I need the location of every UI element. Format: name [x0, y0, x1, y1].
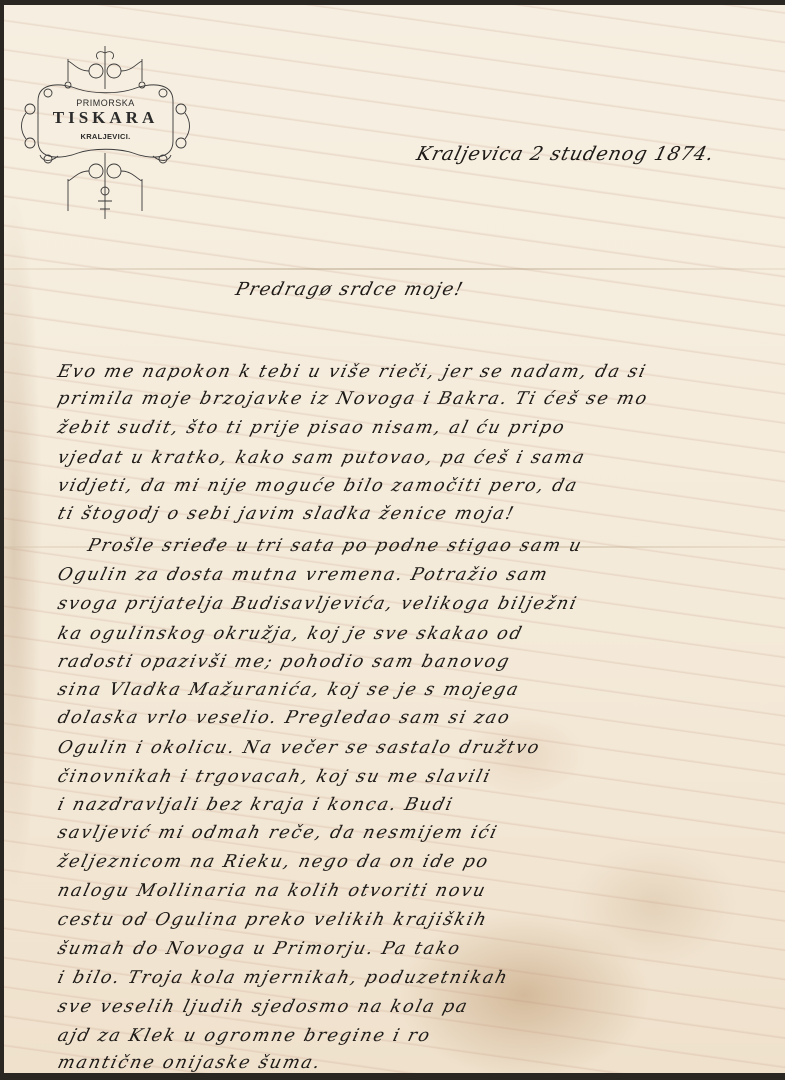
letter-line: Ogulin i okolicu. Na večer se sastalo dr… [56, 738, 543, 758]
letterhead-line3: KRALJEVICI. [18, 132, 193, 141]
letter-line: savljević mi odmah reče, da nesmijem ići [56, 823, 501, 843]
letter-line: primila moje brzojavke iz Novoga i Bakra… [56, 389, 651, 409]
letter-line: vidjeti, da mi nije moguće bilo zamočiti… [56, 476, 581, 496]
letter-line: mantične onijaske šuma. [56, 1053, 324, 1073]
letter-line: sina Vladka Mažuranića, koj se je s moje… [56, 680, 522, 700]
letter-line: svoga prijatelja Budisavljevića, velikog… [56, 594, 581, 614]
letter-line: Evo me napokon k tebi u više rieči, jer … [56, 362, 650, 382]
letter-line: činovnikah i trgovacah, koj su me slavil… [56, 767, 494, 787]
ornamental-frame-icon [18, 41, 193, 221]
letter-line: Prošle srieđe u tri sata po podne stigao… [86, 536, 585, 556]
letter-line: i bilo. Troja kola mjernikah, poduzetnik… [56, 968, 511, 988]
letter-line: dolaska vrlo veselio. Pregledao sam si z… [56, 708, 514, 728]
paper-fold-line [4, 268, 785, 270]
letter-line: ajd za Klek u ogromne bregine i ro [56, 1026, 434, 1046]
letter-line: i nazdravljali bez kraja i konca. Budi [56, 795, 456, 815]
letterhead-stamp: PRIMORSKA TISKARA KRALJEVICI. [18, 41, 193, 221]
letter-line: žebit sudit, što ti prije pisao nisam, a… [56, 418, 568, 438]
letter-line: Ogulin za dosta mutna vremena. Potražio … [56, 565, 551, 585]
letter-line: vjedat u kratko, kako sam putovao, pa će… [56, 448, 588, 468]
letter-line: nalogu Mollinaria na kolih otvoriti novu [56, 881, 489, 901]
letter-line: sve veselih ljudih sjedosmo na kola pa [56, 997, 471, 1017]
letterhead-line1: PRIMORSKA [18, 98, 193, 108]
letter-page: PRIMORSKA TISKARA KRALJEVICI. Kraljevica… [4, 5, 785, 1073]
letter-line: željeznicom na Rieku, nego da on ide po [56, 852, 492, 872]
letter-line: šumah do Novoga u Primorju. Pa tako [56, 939, 464, 959]
letterhead-title: TISKARA [18, 108, 193, 128]
letter-dateline: Kraljevica 2 studenog 1874. [414, 143, 717, 165]
letter-line: ti štogodj o sebi javim sladka ženice mo… [56, 504, 518, 524]
letter-line: ka ogulinskog okružja, koj je sve skakao… [56, 624, 526, 644]
letter-line: cestu od Ogulina preko velikih krajiških [56, 910, 491, 930]
letter-salutation: Predragø srdce moje! [233, 279, 466, 300]
letter-line: radosti opazivši me; pohodio sam banovog [56, 652, 513, 672]
